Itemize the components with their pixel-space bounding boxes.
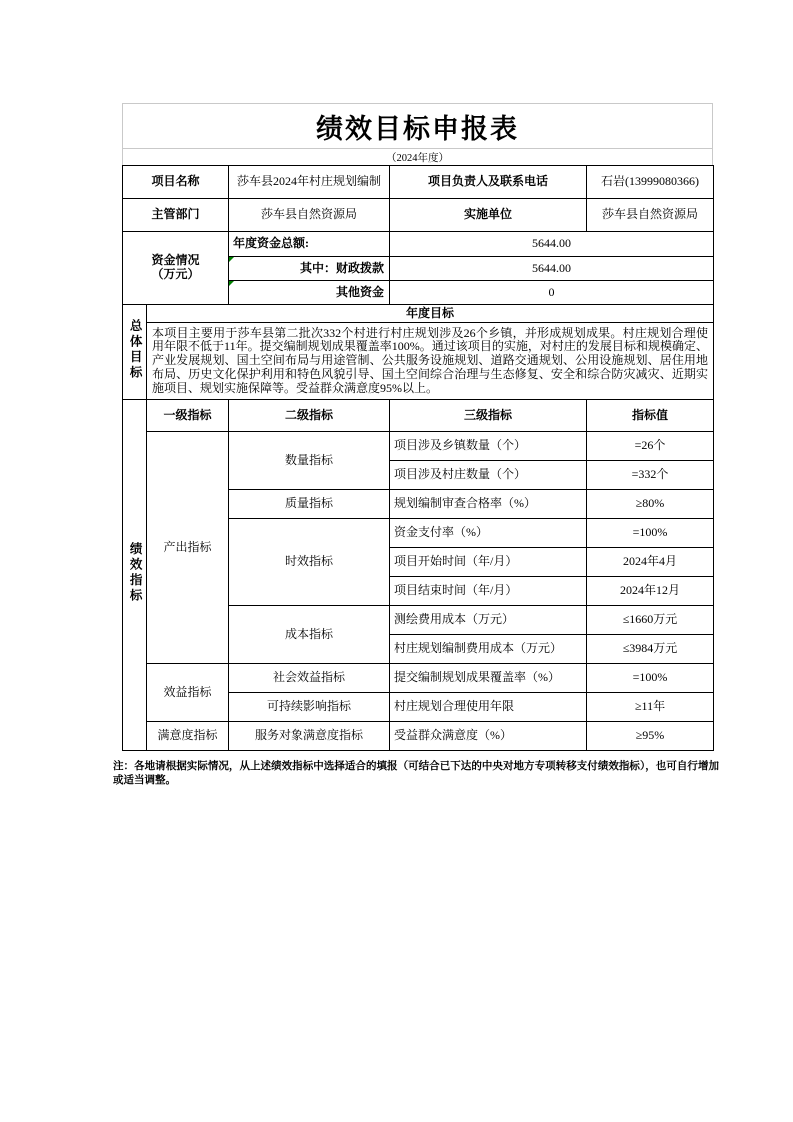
project-info-row: 项目名称 莎车县2024年村庄规划编制 项目负责人及联系电话 石岩(139990… <box>123 166 714 199</box>
level3-label: 资金支付率（%） <box>390 519 587 548</box>
level3-label: 规划编制审查合格率（%） <box>390 490 587 519</box>
project-name-value: 莎车县2024年村庄规划编制 <box>229 166 390 199</box>
overall-goal-text: 本项目主要用于莎车县第二批次332个村进行村庄规划涉及26个乡镇，并形成规划成果… <box>147 323 714 400</box>
level2-sustainability: 可持续影响指标 <box>229 693 390 722</box>
level1-satisfaction: 满意度指标 <box>147 722 229 751</box>
funding-fiscal-label-text: 其中：财政拨款 <box>300 261 384 275</box>
header-level2: 二级指标 <box>229 400 390 432</box>
manager-label: 项目负责人及联系电话 <box>390 166 587 199</box>
cell-corner-marker <box>229 257 234 262</box>
level2-timeliness: 时效指标 <box>229 519 390 606</box>
funding-other-value: 0 <box>390 281 714 305</box>
form-subtitle: （2024年度） <box>123 149 712 165</box>
form-table: 项目名称 莎车县2024年村庄规划编制 项目负责人及联系电话 石岩(139990… <box>122 165 714 751</box>
indicator-value: 2024年4月 <box>587 548 714 577</box>
funding-section-label-line1: 资金情况 <box>125 254 226 268</box>
header-level3: 三级指标 <box>390 400 587 432</box>
project-name-label: 项目名称 <box>123 166 229 199</box>
indicator-value: =332个 <box>587 461 714 490</box>
level2-quality: 质量指标 <box>229 490 390 519</box>
funding-other-label-text: 其他资金 <box>336 285 384 299</box>
funding-total-label: 年度资金总额: <box>229 232 390 257</box>
declaration-form: 绩效目标申报表 （2024年度） 项目名称 莎车县2024年村庄规划编制 项目负… <box>122 103 713 787</box>
level2-service-satisfaction: 服务对象满意度指标 <box>229 722 390 751</box>
level3-label: 村庄规划编制费用成本（万元） <box>390 635 587 664</box>
funding-other-label: 其他资金 <box>229 281 390 305</box>
funding-total-row: 资金情况 （万元） 年度资金总额: 5644.00 <box>123 232 714 257</box>
dept-value: 莎车县自然资源局 <box>229 199 390 232</box>
funding-section-label: 资金情况 （万元） <box>123 232 229 305</box>
indicator-value: =26个 <box>587 432 714 461</box>
header-level1: 一级指标 <box>147 400 229 432</box>
indicator-value: =100% <box>587 664 714 693</box>
level2-social-benefit: 社会效益指标 <box>229 664 390 693</box>
funding-fiscal-value: 5644.00 <box>390 257 714 281</box>
indicators-side-cell: 绩效指标 <box>123 400 147 751</box>
level3-label: 项目开始时间（年/月） <box>390 548 587 577</box>
level3-label: 项目涉及乡镇数量（个） <box>390 432 587 461</box>
indicator-value: =100% <box>587 519 714 548</box>
impl-value: 莎车县自然资源局 <box>587 199 714 232</box>
title-block: 绩效目标申报表 （2024年度） <box>122 103 713 165</box>
indicator-row: 效益指标 社会效益指标 提交编制规划成果覆盖率（%） =100% <box>123 664 714 693</box>
indicators-side-label: 绩效指标 <box>128 542 141 604</box>
level2-quantity: 数量指标 <box>229 432 390 490</box>
indicator-row: 满意度指标 服务对象满意度指标 受益群众满意度（%） ≥95% <box>123 722 714 751</box>
level2-cost: 成本指标 <box>229 606 390 664</box>
header-value: 指标值 <box>587 400 714 432</box>
level3-label: 提交编制规划成果覆盖率（%） <box>390 664 587 693</box>
indicator-value: ≥11年 <box>587 693 714 722</box>
level3-label: 受益群众满意度（%） <box>390 722 587 751</box>
overall-goal-text-row: 本项目主要用于莎车县第二批次332个村进行村庄规划涉及26个乡镇，并形成规划成果… <box>123 323 714 400</box>
annual-goal-header-row: 总体目标 年度目标 <box>123 305 714 323</box>
page: 绩效目标申报表 （2024年度） 项目名称 莎车县2024年村庄规划编制 项目负… <box>0 0 793 1122</box>
level3-label: 测绘费用成本（万元） <box>390 606 587 635</box>
level3-label: 项目结束时间（年/月） <box>390 577 587 606</box>
indicator-value: ≥95% <box>587 722 714 751</box>
level1-benefit: 效益指标 <box>147 664 229 722</box>
indicator-value: ≤3984万元 <box>587 635 714 664</box>
overall-goal-side-label: 总体目标 <box>128 319 141 381</box>
department-info-row: 主管部门 莎车县自然资源局 实施单位 莎车县自然资源局 <box>123 199 714 232</box>
indicator-value: ≤1660万元 <box>587 606 714 635</box>
overall-goal-side-cell: 总体目标 <box>123 305 147 400</box>
funding-section-label-line2: （万元） <box>125 268 226 282</box>
dept-label: 主管部门 <box>123 199 229 232</box>
manager-value: 石岩(13999080366) <box>587 166 714 199</box>
impl-label: 实施单位 <box>390 199 587 232</box>
funding-total-value: 5644.00 <box>390 232 714 257</box>
cell-corner-marker <box>229 281 234 286</box>
indicator-header-row: 绩效指标 一级指标 二级指标 三级指标 指标值 <box>123 400 714 432</box>
indicator-value: 2024年12月 <box>587 577 714 606</box>
indicator-row: 产出指标 数量指标 项目涉及乡镇数量（个） =26个 <box>123 432 714 461</box>
level3-label: 村庄规划合理使用年限 <box>390 693 587 722</box>
level3-label: 项目涉及村庄数量（个） <box>390 461 587 490</box>
footnote: 注：各地请根据实际情况，从上述绩效指标中选择适合的填报（可结合已下达的中央对地方… <box>113 760 719 787</box>
form-title: 绩效目标申报表 <box>123 104 712 149</box>
level1-output: 产出指标 <box>147 432 229 664</box>
indicator-value: ≥80% <box>587 490 714 519</box>
annual-goal-header: 年度目标 <box>147 305 714 323</box>
funding-fiscal-label: 其中：财政拨款 <box>229 257 390 281</box>
